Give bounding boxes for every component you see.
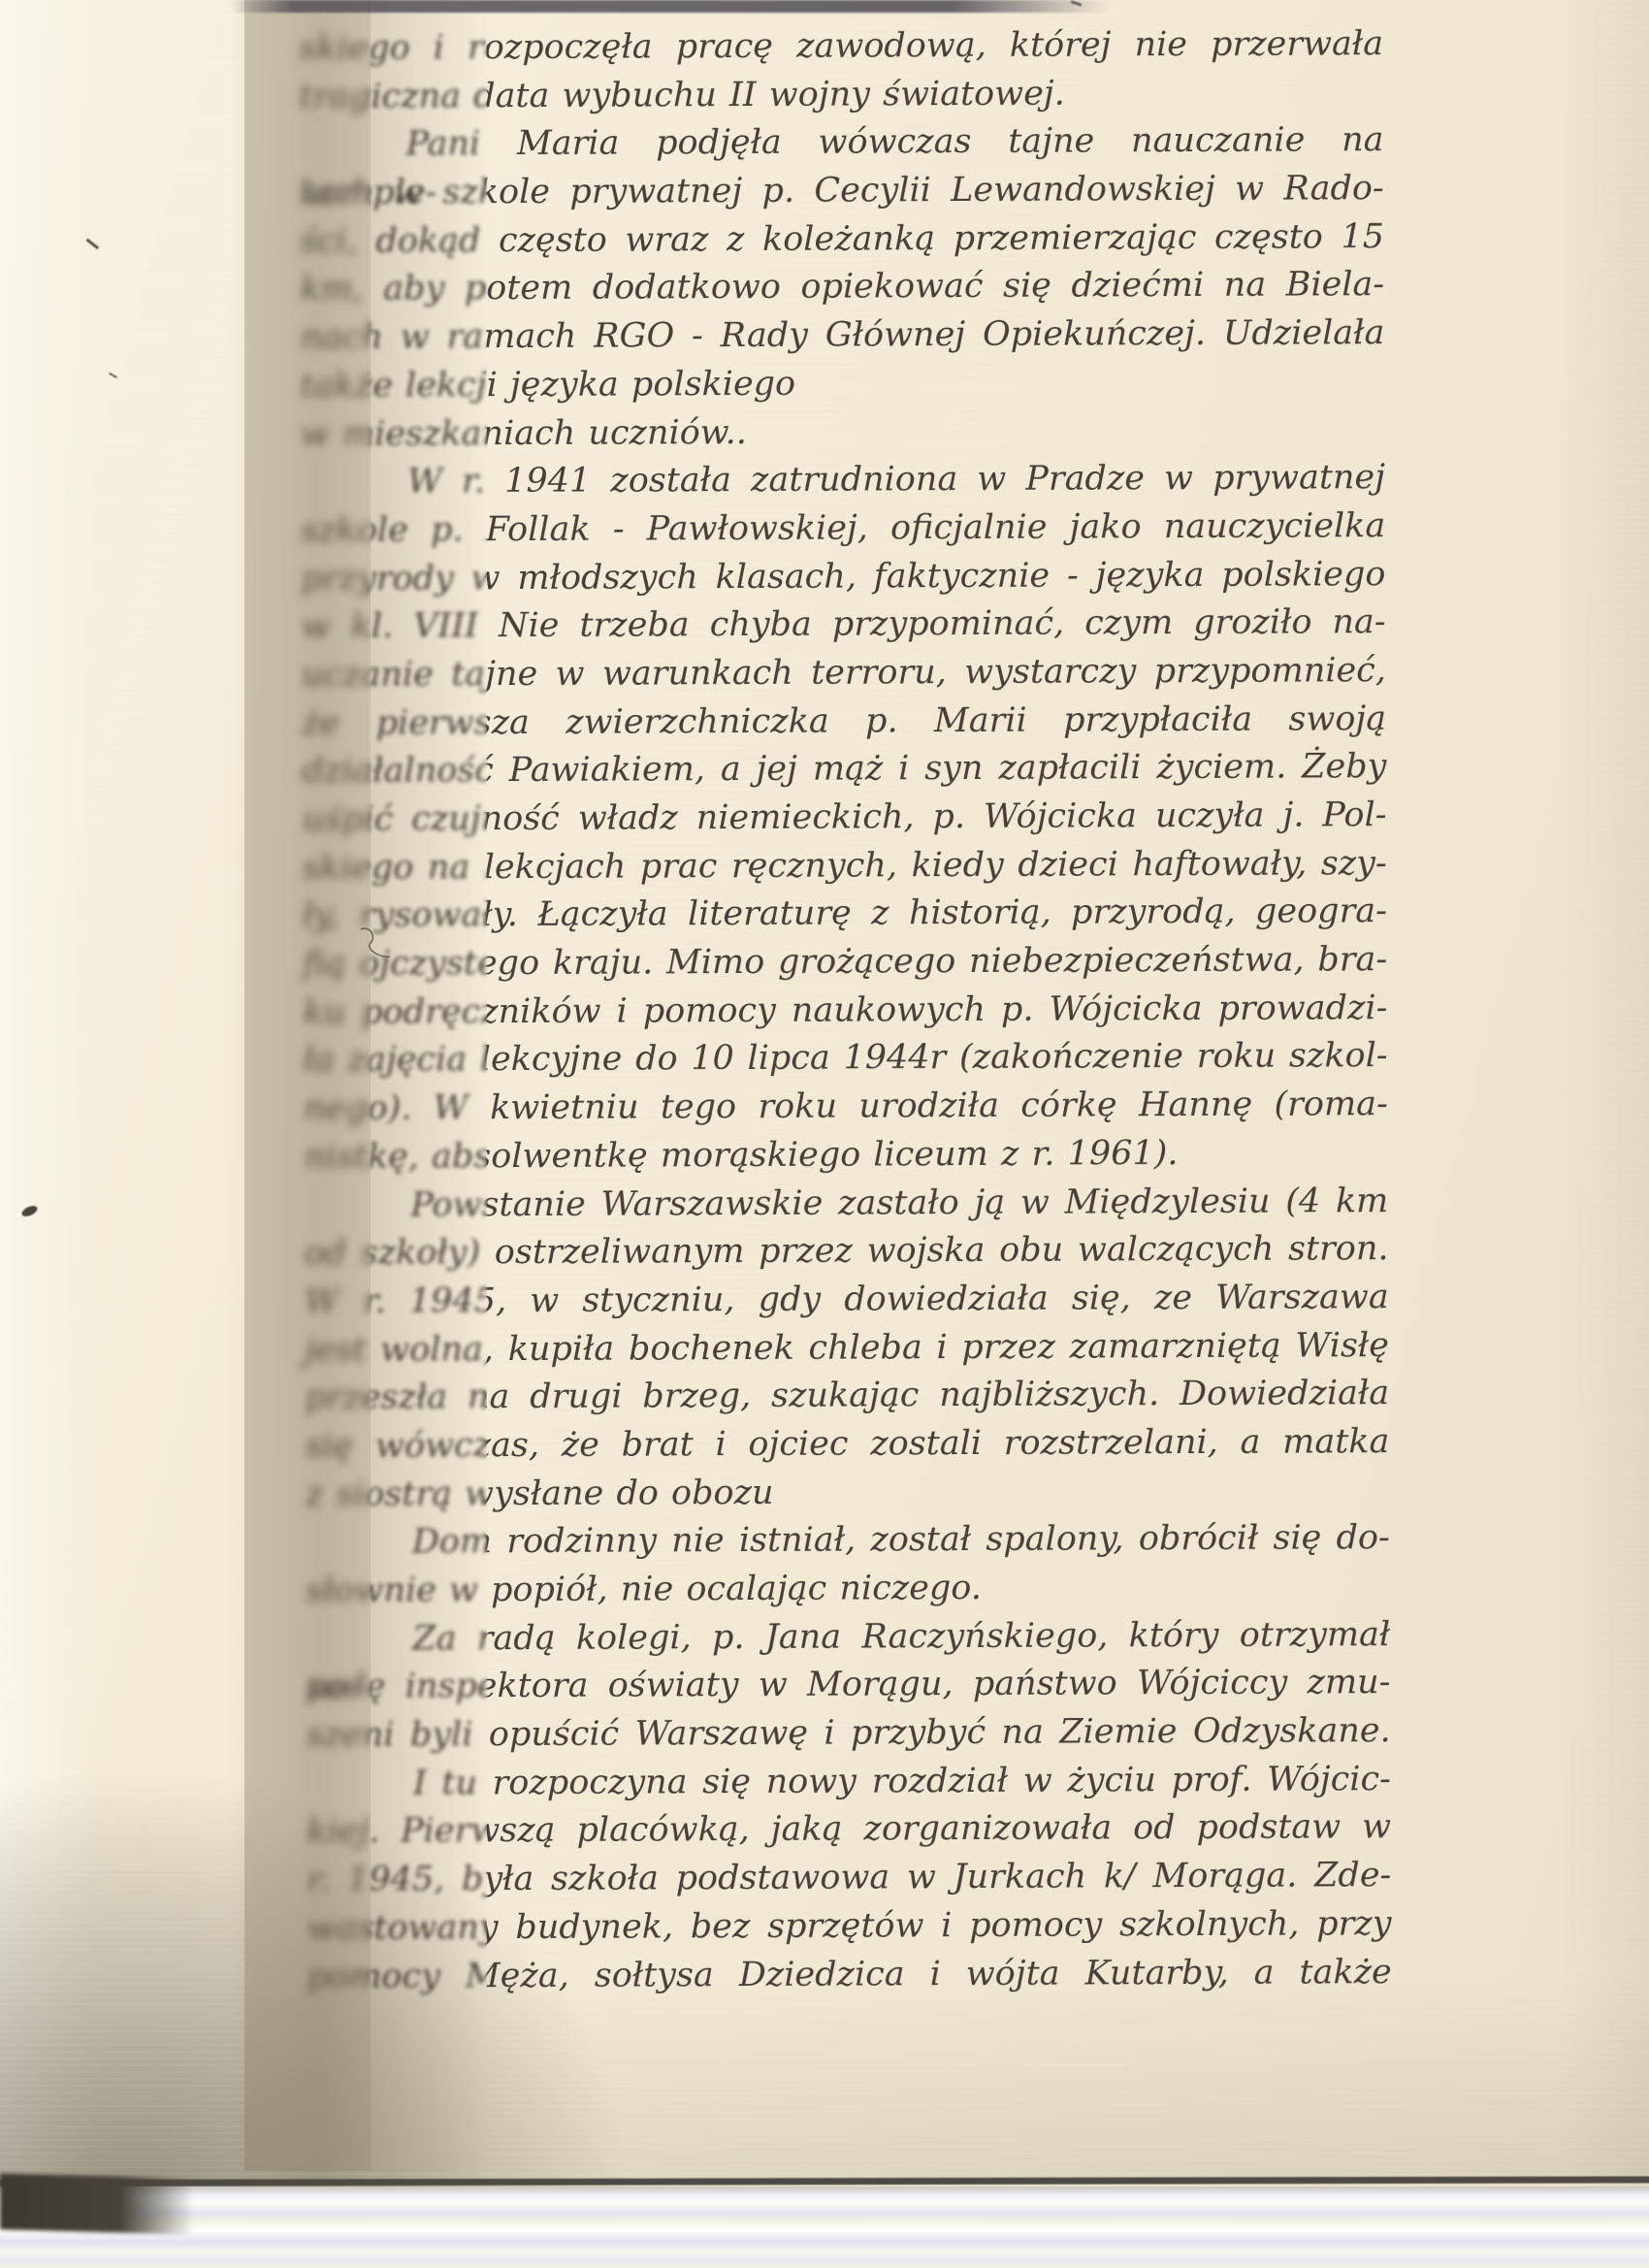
book-page-scan: skiego i rozpoczęła pracę zawodową, któr… (0, 0, 1649, 2268)
scratch-mark (357, 923, 402, 962)
ink-speck (109, 373, 117, 378)
gutter-blur-overlay-strong (244, 0, 371, 2171)
bottom-left-corner-wedge (0, 2173, 194, 2234)
bottom-scan-streaks (0, 2187, 1649, 2268)
page-right-edge-shade (1557, 0, 1649, 2268)
top-scan-edge (231, 0, 1109, 13)
